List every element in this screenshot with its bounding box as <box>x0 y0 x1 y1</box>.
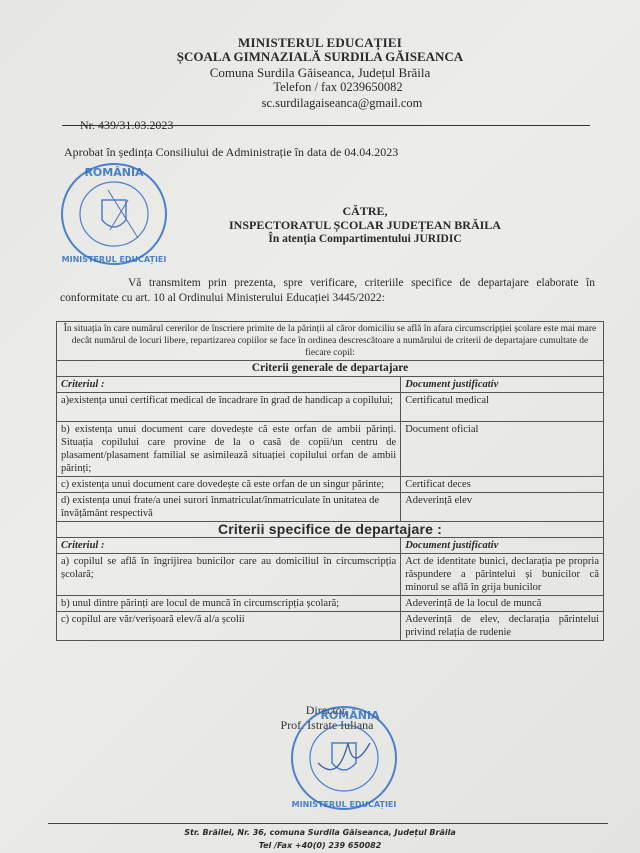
school-stamp-icon: ROMÂNIA MINISTERUL EDUCAȚIEI <box>288 703 400 813</box>
specific-col-criterion: Criteriul : <box>57 538 401 554</box>
recipient-to: CĂTRE, <box>0 204 640 219</box>
document-cell: Adeverință de la locul de muncă <box>401 596 604 612</box>
table-row: b) existența unui document care dovedeșt… <box>57 422 604 477</box>
document-cell: Adeverință de elev, declarația părintelu… <box>401 612 604 641</box>
table-row: d) existența unui frate/a unei surori în… <box>57 493 604 522</box>
approval-note: Aprobat în ședința Consiliului de Admini… <box>64 145 398 160</box>
specific-criteria-title: Criterii specifice de departajare : <box>57 522 604 538</box>
svg-text:MINISTERUL EDUCAȚIEI: MINISTERUL EDUCAȚIEI <box>62 255 167 265</box>
school-email: sc.surdilagaiseanca@gmail.com <box>22 96 640 111</box>
footer-divider <box>48 823 608 824</box>
school-address: Comuna Surdila Găiseanca, Județul Brăila <box>0 65 640 81</box>
general-criteria-title: Criterii generale de departajare <box>57 361 604 377</box>
table-row: c) copilul are văr/verișoară elev/ă al/a… <box>57 612 604 641</box>
table-intro: În situația în care numărul cererilor de… <box>57 322 604 361</box>
svg-text:MINISTERUL EDUCAȚIEI: MINISTERUL EDUCAȚIEI <box>292 800 397 810</box>
criterion-cell: c) copilul are văr/verișoară elev/ă al/a… <box>57 612 401 641</box>
criterion-cell: a) copilul se află în îngrijirea bunicil… <box>57 554 401 596</box>
school-name: ȘCOALA GIMNAZIALĂ SURDILA GĂISEANCA <box>0 49 640 65</box>
criterion-cell: c) existența unui document care dovedeșt… <box>57 477 401 493</box>
body-paragraph: Vă transmitem prin prezenta, spre verifi… <box>60 276 595 306</box>
criterion-cell: d) existența unui frate/a unei surori în… <box>57 493 401 522</box>
criterion-cell: a)existența unui certificat medical de î… <box>57 393 401 422</box>
criterion-cell: b) existența unui document care dovedeșt… <box>57 422 401 477</box>
svg-text:ROMÂNIA: ROMÂNIA <box>84 166 144 179</box>
document-cell: Document oficial <box>401 422 604 477</box>
table-row: c) existența unui document care dovedeșt… <box>57 477 604 493</box>
recipient-attention: În atenția Compartimentului JURIDIC <box>0 233 640 245</box>
criterion-cell: b) unul dintre părinți are locul de munc… <box>57 596 401 612</box>
document-cell: Act de identitate bunici, declarația pe … <box>401 554 604 596</box>
footer-phone: Tel /Fax +40(0) 239 650082 <box>0 841 640 850</box>
criteria-table: În situația în care numărul cererilor de… <box>56 321 604 641</box>
table-row: a) copilul se află în îngrijirea bunicil… <box>57 554 604 596</box>
svg-text:ROMÂNIA: ROMÂNIA <box>320 709 380 722</box>
school-phone: Telefon / fax 0239650082 <box>18 80 640 95</box>
table-row: b) unul dintre părinți are locul de munc… <box>57 596 604 612</box>
specific-col-document: Document justificativ <box>401 538 604 554</box>
document-cell: Certificat deces <box>401 477 604 493</box>
table-row: a)existența unui certificat medical de î… <box>57 393 604 422</box>
document-cell: Certificatul medical <box>401 393 604 422</box>
footer-address: Str. Brăilei, Nr. 36, comuna Surdila Găi… <box>0 828 640 837</box>
general-col-document: Document justificativ <box>401 377 604 393</box>
general-col-criterion: Criteriul : <box>57 377 401 393</box>
header-divider <box>62 125 590 126</box>
document-cell: Adeverință elev <box>401 493 604 522</box>
recipient-institution: INSPECTORATUL ȘCOLAR JUDEȚEAN BRĂILA <box>0 218 640 233</box>
